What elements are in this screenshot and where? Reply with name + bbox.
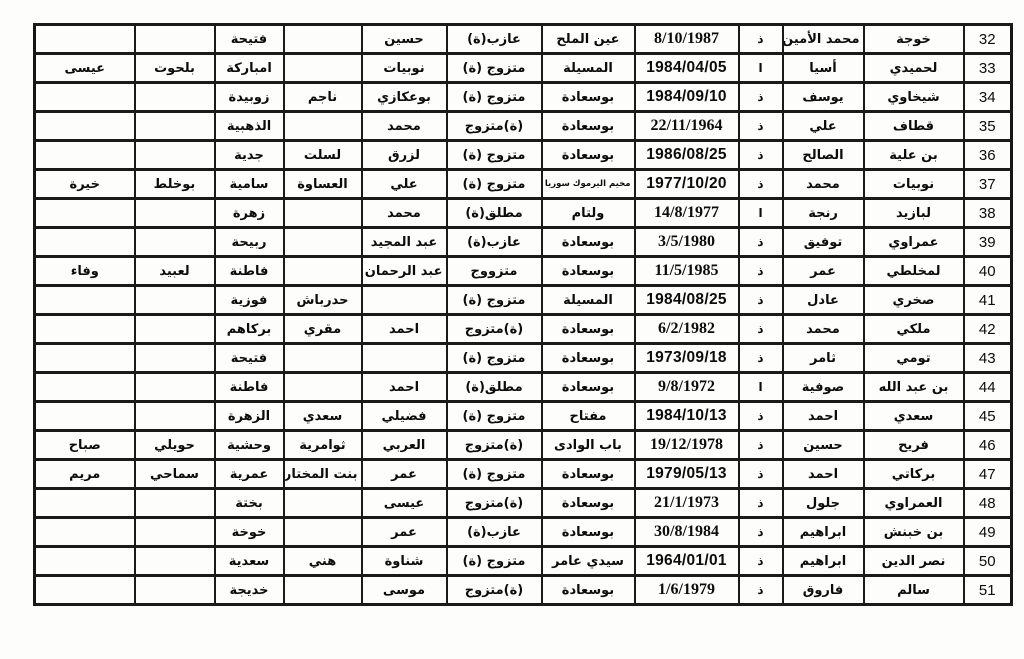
cell-father-name: عبد المجيد — [362, 228, 447, 257]
cell-birth-place: عين الملح — [542, 25, 635, 54]
cell-father-name: فضيلي — [362, 402, 447, 431]
cell-first-name: حسين — [783, 431, 864, 460]
cell-father-name: عمر — [362, 460, 447, 489]
cell-marital-status: (ة)متزوج — [447, 431, 542, 460]
cell-surname: لبازيد — [864, 199, 964, 228]
cell-row-number: 33 — [964, 54, 1012, 83]
cell-mother-surname: لسلت — [284, 141, 362, 170]
cell-row-number: 47 — [964, 460, 1012, 489]
cell-mother-first-name: امباركة — [215, 54, 284, 83]
cell-surname: نصر الدين — [864, 547, 964, 576]
cell-surname: سعدي — [864, 402, 964, 431]
table-row: 49بن خبنشابراهيمذ30/8/1984بوسعادةعازب(ة)… — [35, 518, 1012, 547]
cell-father-name: محمد — [362, 112, 447, 141]
cell-marital-status: متزوج (ة) — [447, 83, 542, 112]
cell-mother-first-name: جدية — [215, 141, 284, 170]
cell-marital-status: متزوج (ة) — [447, 170, 542, 199]
cell-birth-place: بوسعادة — [542, 373, 635, 402]
cell-gender: ذ — [739, 141, 783, 170]
cell-row-number: 37 — [964, 170, 1012, 199]
cell-mother-surname — [284, 373, 362, 402]
table-row: 48العمراويجلولذ21/1/1973بوسعادة(ة)متزوجع… — [35, 489, 1012, 518]
cell-birth-date: 19/12/1978 — [635, 431, 739, 460]
cell-spouse-first-name — [35, 315, 135, 344]
cell-spouse-surname — [135, 141, 215, 170]
cell-marital-status: (ة)متزوج — [447, 112, 542, 141]
cell-birth-date: 1979/05/13 — [635, 460, 739, 489]
cell-row-number: 46 — [964, 431, 1012, 460]
cell-spouse-surname — [135, 518, 215, 547]
cell-gender: ذ — [739, 402, 783, 431]
cell-birth-date: 1984/09/10 — [635, 83, 739, 112]
cell-gender: ذ — [739, 518, 783, 547]
cell-spouse-surname — [135, 344, 215, 373]
cell-first-name: احمد — [783, 460, 864, 489]
cell-first-name: ابراهيم — [783, 547, 864, 576]
cell-father-name — [362, 286, 447, 315]
cell-father-name: عبد الرحمان — [362, 257, 447, 286]
cell-spouse-first-name — [35, 576, 135, 605]
cell-spouse-first-name — [35, 373, 135, 402]
cell-row-number: 36 — [964, 141, 1012, 170]
cell-gender: ذ — [739, 489, 783, 518]
cell-birth-place: بوسعادة — [542, 315, 635, 344]
cell-birth-date: 9/8/1972 — [635, 373, 739, 402]
cell-birth-place: مفتاح — [542, 402, 635, 431]
cell-mother-surname — [284, 489, 362, 518]
cell-first-name: ابراهيم — [783, 518, 864, 547]
cell-row-number: 41 — [964, 286, 1012, 315]
cell-birth-place: سيدي عامر — [542, 547, 635, 576]
cell-mother-surname — [284, 257, 362, 286]
cell-spouse-first-name — [35, 228, 135, 257]
cell-father-name: حسين — [362, 25, 447, 54]
cell-birth-date: 21/1/1973 — [635, 489, 739, 518]
cell-mother-surname — [284, 54, 362, 83]
cell-birth-place: بوسعادة — [542, 83, 635, 112]
cell-marital-status: مطلق(ة) — [447, 373, 542, 402]
cell-gender: ذ — [739, 576, 783, 605]
cell-spouse-surname — [135, 547, 215, 576]
cell-spouse-first-name — [35, 25, 135, 54]
cell-mother-surname: هني — [284, 547, 362, 576]
cell-mother-surname — [284, 344, 362, 373]
cell-spouse-surname: حويلي — [135, 431, 215, 460]
cell-mother-surname: مقري — [284, 315, 362, 344]
cell-first-name: عمر — [783, 257, 864, 286]
cell-surname: فريح — [864, 431, 964, 460]
cell-row-number: 50 — [964, 547, 1012, 576]
cell-surname: لحميدي — [864, 54, 964, 83]
cell-mother-first-name: فوزية — [215, 286, 284, 315]
cell-birth-place: بوسعادة — [542, 518, 635, 547]
table-row: 46فريححسينذ19/12/1978باب الوادى(ة)متزوجا… — [35, 431, 1012, 460]
cell-mother-first-name: زهرة — [215, 199, 284, 228]
cell-spouse-first-name: مريم — [35, 460, 135, 489]
cell-mother-surname: ناجم — [284, 83, 362, 112]
cell-father-name: موسى — [362, 576, 447, 605]
cell-birth-date: 1984/10/13 — [635, 402, 739, 431]
cell-mother-first-name: ربيحة — [215, 228, 284, 257]
cell-mother-first-name: فتيحة — [215, 344, 284, 373]
table-row: 36بن عليةالصالحذ1986/08/25بوسعادةمتزوج (… — [35, 141, 1012, 170]
cell-row-number: 49 — [964, 518, 1012, 547]
cell-first-name: علي — [783, 112, 864, 141]
cell-mother-first-name: الذهبية — [215, 112, 284, 141]
cell-gender: ذ — [739, 170, 783, 199]
cell-first-name: صوفية — [783, 373, 864, 402]
cell-father-name: احمد — [362, 315, 447, 344]
cell-birth-date: 3/5/1980 — [635, 228, 739, 257]
cell-surname: قطاف — [864, 112, 964, 141]
cell-birth-place: بوسعادة — [542, 112, 635, 141]
cell-marital-status: عازب(ة) — [447, 518, 542, 547]
cell-spouse-first-name — [35, 199, 135, 228]
cell-spouse-first-name — [35, 518, 135, 547]
cell-birth-date: 1977/10/20 — [635, 170, 739, 199]
cell-surname: سالم — [864, 576, 964, 605]
cell-gender: ذ — [739, 25, 783, 54]
cell-birth-date: 1984/08/25 — [635, 286, 739, 315]
cell-surname: لمخلطي — [864, 257, 964, 286]
table-row: 33لحميديأسياا1984/04/05المسيلةمتزوج (ة)ن… — [35, 54, 1012, 83]
cell-gender: ذ — [739, 286, 783, 315]
cell-gender: ذ — [739, 460, 783, 489]
cell-birth-place: باب الوادى — [542, 431, 635, 460]
cell-father-name: محمد — [362, 199, 447, 228]
cell-mother-surname — [284, 25, 362, 54]
cell-marital-status: متزوج (ة) — [447, 141, 542, 170]
cell-birth-date: 1/6/1979 — [635, 576, 739, 605]
cell-mother-first-name: الزهرة — [215, 402, 284, 431]
cell-spouse-surname — [135, 373, 215, 402]
cell-surname: بن خبنش — [864, 518, 964, 547]
cell-birth-place: بوسعادة — [542, 460, 635, 489]
cell-first-name: فاروق — [783, 576, 864, 605]
cell-father-name: احمد — [362, 373, 447, 402]
records-table: 32خوجةمحمد الأمينذ8/10/1987عين الملحعازب… — [33, 23, 1013, 606]
cell-mother-surname — [284, 518, 362, 547]
cell-spouse-first-name — [35, 344, 135, 373]
cell-gender: ذ — [739, 112, 783, 141]
cell-mother-first-name: عمرية — [215, 460, 284, 489]
cell-mother-first-name: سعدية — [215, 547, 284, 576]
table-row: 40لمخلطيعمرذ11/5/1985بوسعادةمتزووجعبد ال… — [35, 257, 1012, 286]
cell-birth-date: 11/5/1985 — [635, 257, 739, 286]
cell-father-name: علي — [362, 170, 447, 199]
cell-row-number: 34 — [964, 83, 1012, 112]
cell-marital-status: عازب(ة) — [447, 25, 542, 54]
cell-surname: صخري — [864, 286, 964, 315]
cell-birth-place: المسيلة — [542, 286, 635, 315]
cell-birth-place: المسيلة — [542, 54, 635, 83]
cell-spouse-surname — [135, 402, 215, 431]
cell-marital-status: عازب(ة) — [447, 228, 542, 257]
cell-spouse-surname — [135, 315, 215, 344]
cell-surname: عمراوي — [864, 228, 964, 257]
cell-spouse-surname: سماحي — [135, 460, 215, 489]
cell-spouse-first-name — [35, 402, 135, 431]
cell-first-name: جلول — [783, 489, 864, 518]
cell-birth-date: 8/10/1987 — [635, 25, 739, 54]
cell-father-name: لزرق — [362, 141, 447, 170]
cell-spouse-surname: بوخلط — [135, 170, 215, 199]
cell-marital-status: (ة)متزوج — [447, 489, 542, 518]
cell-marital-status: متزوج (ة) — [447, 460, 542, 489]
cell-birth-date: 22/11/1964 — [635, 112, 739, 141]
cell-marital-status: مطلق(ة) — [447, 199, 542, 228]
cell-row-number: 35 — [964, 112, 1012, 141]
cell-marital-status: متزوج (ة) — [447, 547, 542, 576]
cell-gender: ذ — [739, 547, 783, 576]
records-body: 32خوجةمحمد الأمينذ8/10/1987عين الملحعازب… — [35, 25, 1012, 605]
cell-spouse-surname — [135, 286, 215, 315]
cell-surname: شيخاوي — [864, 83, 964, 112]
cell-gender: ا — [739, 54, 783, 83]
cell-father-name: بوعكازي — [362, 83, 447, 112]
cell-gender: ذ — [739, 228, 783, 257]
cell-spouse-first-name — [35, 286, 135, 315]
cell-mother-surname: حدرباش — [284, 286, 362, 315]
cell-birth-place: بوسعادة — [542, 344, 635, 373]
cell-gender: ا — [739, 373, 783, 402]
cell-father-name: عمر — [362, 518, 447, 547]
cell-marital-status: متزوج (ة) — [447, 344, 542, 373]
cell-mother-surname: سعدي — [284, 402, 362, 431]
cell-birth-date: 1986/08/25 — [635, 141, 739, 170]
cell-surname: بن علية — [864, 141, 964, 170]
cell-marital-status: (ة)متزوج — [447, 315, 542, 344]
cell-gender: ذ — [739, 431, 783, 460]
cell-mother-first-name: بركاهم — [215, 315, 284, 344]
cell-mother-surname — [284, 228, 362, 257]
cell-gender: ا — [739, 199, 783, 228]
table-row: 35قطافعليذ22/11/1964بوسعادة(ة)متزوجمحمدا… — [35, 112, 1012, 141]
table-row: 37نوبياتمحمدذ1977/10/20مخيم اليرموك سوري… — [35, 170, 1012, 199]
cell-birth-place: ولتام — [542, 199, 635, 228]
cell-mother-first-name: خديجة — [215, 576, 284, 605]
cell-first-name: ثامر — [783, 344, 864, 373]
table-row: 43توميثامرذ1973/09/18بوسعادةمتزوج (ة)فتي… — [35, 344, 1012, 373]
cell-gender: ذ — [739, 315, 783, 344]
cell-spouse-first-name — [35, 489, 135, 518]
cell-row-number: 44 — [964, 373, 1012, 402]
cell-first-name: عادل — [783, 286, 864, 315]
table-row: 34شيخاوييوسفذ1984/09/10بوسعادةمتزوج (ة)ب… — [35, 83, 1012, 112]
cell-gender: ذ — [739, 344, 783, 373]
cell-surname: العمراوي — [864, 489, 964, 518]
cell-row-number: 32 — [964, 25, 1012, 54]
table-row: 50نصر الدينابراهيمذ1964/01/01سيدي عامرمت… — [35, 547, 1012, 576]
cell-mother-first-name: وحشية — [215, 431, 284, 460]
cell-father-name: نوبيات — [362, 54, 447, 83]
cell-birth-date: 30/8/1984 — [635, 518, 739, 547]
table-row: 42ملكيمحمدذ6/2/1982بوسعادة(ة)متزوجاحمدمق… — [35, 315, 1012, 344]
cell-spouse-first-name — [35, 141, 135, 170]
cell-spouse-surname: لعبيد — [135, 257, 215, 286]
cell-birth-date: 1973/09/18 — [635, 344, 739, 373]
table-row: 47بركاتياحمدذ1979/05/13بوسعادةمتزوج (ة)ع… — [35, 460, 1012, 489]
cell-mother-surname — [284, 112, 362, 141]
cell-spouse-surname — [135, 83, 215, 112]
table-row: 44بن عبد اللهصوفيةا9/8/1972بوسعادةمطلق(ة… — [35, 373, 1012, 402]
cell-first-name: توفيق — [783, 228, 864, 257]
cell-birth-place: مخيم اليرموك سوريا — [542, 170, 635, 199]
cell-row-number: 48 — [964, 489, 1012, 518]
cell-birth-place: بوسعادة — [542, 141, 635, 170]
table-row: 38لبازيدرنجةا14/8/1977ولتاممطلق(ة)محمدزه… — [35, 199, 1012, 228]
cell-surname: بن عبد الله — [864, 373, 964, 402]
cell-gender: ذ — [739, 83, 783, 112]
cell-first-name: احمد — [783, 402, 864, 431]
cell-birth-place: بوسعادة — [542, 576, 635, 605]
cell-birth-place: بوسعادة — [542, 228, 635, 257]
table-row: 51سالمفاروقذ1/6/1979بوسعادة(ة)متزوجموسىخ… — [35, 576, 1012, 605]
cell-spouse-first-name: خيرة — [35, 170, 135, 199]
cell-marital-status: (ة)متزوج — [447, 576, 542, 605]
cell-first-name: محمد — [783, 170, 864, 199]
cell-mother-first-name: خوخة — [215, 518, 284, 547]
document-page: 32خوجةمحمد الأمينذ8/10/1987عين الملحعازب… — [0, 0, 1024, 659]
cell-surname: ملكي — [864, 315, 964, 344]
table-row: 39عمراويتوفيقذ3/5/1980بوسعادةعازب(ة)عبد … — [35, 228, 1012, 257]
cell-birth-date: 1964/01/01 — [635, 547, 739, 576]
cell-row-number: 40 — [964, 257, 1012, 286]
cell-birth-date: 14/8/1977 — [635, 199, 739, 228]
cell-gender: ذ — [739, 257, 783, 286]
table-row: 45سعدياحمدذ1984/10/13مفتاحمتزوج (ة)فضيلي… — [35, 402, 1012, 431]
cell-father-name: عيسى — [362, 489, 447, 518]
cell-mother-first-name: زوبيدة — [215, 83, 284, 112]
cell-first-name: أسيا — [783, 54, 864, 83]
cell-surname: نوبيات — [864, 170, 964, 199]
cell-row-number: 51 — [964, 576, 1012, 605]
cell-mother-first-name: فاطنة — [215, 373, 284, 402]
cell-spouse-first-name: عيسى — [35, 54, 135, 83]
cell-father-name: شناوة — [362, 547, 447, 576]
cell-spouse-surname — [135, 25, 215, 54]
cell-surname: بركاتي — [864, 460, 964, 489]
cell-mother-surname: ثوامرية — [284, 431, 362, 460]
cell-first-name: يوسف — [783, 83, 864, 112]
cell-mother-surname — [284, 576, 362, 605]
cell-first-name: محمد — [783, 315, 864, 344]
cell-mother-surname: العساوة — [284, 170, 362, 199]
cell-mother-first-name: بختة — [215, 489, 284, 518]
cell-birth-place: بوسعادة — [542, 257, 635, 286]
cell-spouse-surname — [135, 228, 215, 257]
cell-surname: تومي — [864, 344, 964, 373]
cell-marital-status: متزووج — [447, 257, 542, 286]
cell-row-number: 38 — [964, 199, 1012, 228]
cell-birth-date: 1984/04/05 — [635, 54, 739, 83]
cell-birth-date: 6/2/1982 — [635, 315, 739, 344]
cell-spouse-surname — [135, 199, 215, 228]
cell-spouse-first-name: وفاء — [35, 257, 135, 286]
cell-spouse-surname: بلحوت — [135, 54, 215, 83]
cell-spouse-surname — [135, 576, 215, 605]
cell-father-name — [362, 344, 447, 373]
cell-row-number: 45 — [964, 402, 1012, 431]
cell-spouse-surname — [135, 489, 215, 518]
cell-spouse-first-name: صباح — [35, 431, 135, 460]
cell-father-name: العربي — [362, 431, 447, 460]
cell-marital-status: متزوج (ة) — [447, 54, 542, 83]
cell-surname: خوجة — [864, 25, 964, 54]
cell-spouse-first-name — [35, 547, 135, 576]
cell-mother-surname — [284, 199, 362, 228]
cell-spouse-first-name — [35, 112, 135, 141]
cell-first-name: رنجة — [783, 199, 864, 228]
cell-spouse-surname — [135, 112, 215, 141]
cell-mother-first-name: فتيحة — [215, 25, 284, 54]
cell-row-number: 39 — [964, 228, 1012, 257]
table-row: 32خوجةمحمد الأمينذ8/10/1987عين الملحعازب… — [35, 25, 1012, 54]
cell-marital-status: متزوج (ة) — [447, 286, 542, 315]
table-row: 41صخريعادلذ1984/08/25المسيلةمتزوج (ة)حدر… — [35, 286, 1012, 315]
cell-first-name: الصالح — [783, 141, 864, 170]
cell-mother-first-name: فاطنة — [215, 257, 284, 286]
cell-row-number: 42 — [964, 315, 1012, 344]
cell-marital-status: متزوج (ة) — [447, 402, 542, 431]
cell-mother-first-name: سامية — [215, 170, 284, 199]
cell-spouse-first-name — [35, 83, 135, 112]
cell-first-name: محمد الأمين — [783, 25, 864, 54]
cell-birth-place: بوسعادة — [542, 489, 635, 518]
cell-row-number: 43 — [964, 344, 1012, 373]
cell-mother-surname: بنت المختار — [284, 460, 362, 489]
